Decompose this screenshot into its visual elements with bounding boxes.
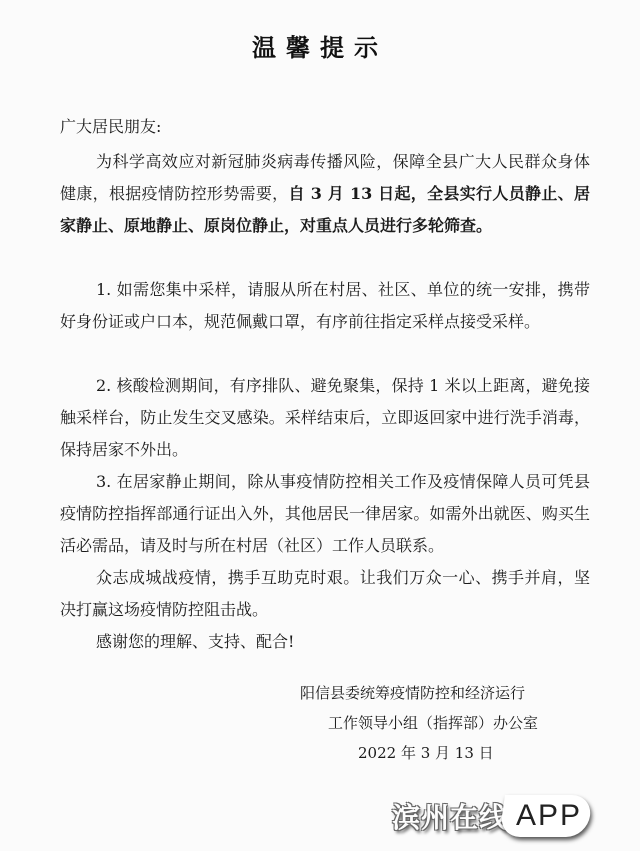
watermark-app-text: APP <box>516 795 582 837</box>
signature-line-2: 工作领导小组（指挥部）办公室 <box>328 712 538 733</box>
thanks-text: 感谢您的理解、支持、配合! <box>60 626 590 658</box>
item-3-paragraph: 3. 在居家静止期间，除从事疫情防控相关工作及疫情保障人员可凭县疫情防控指挥部通… <box>60 466 590 562</box>
greeting: 广大居民朋友: <box>60 114 161 137</box>
signature-line-1: 阳信县委统筹疫情防控和经济运行 <box>300 682 525 703</box>
closing-paragraph: 众志成城战疫情，携手互助克时艰。让我们万众一心、携手并肩，坚决打赢这场疫情防控阻… <box>60 562 590 626</box>
notice-title: 温馨提示 <box>0 28 640 63</box>
watermark-logo: 滨州在线 APP <box>392 793 632 839</box>
item-3-text: 3. 在居家静止期间，除从事疫情防控相关工作及疫情保障人员可凭县疫情防控指挥部通… <box>60 466 590 562</box>
closing-text: 众志成城战疫情，携手互助克时艰。让我们万众一心、携手并肩，坚决打赢这场疫情防控阻… <box>60 562 590 626</box>
watermark-brand: 滨州在线 <box>392 796 508 836</box>
item-1-text: 1. 如需您集中采样，请服从所在村居、社区、单位的统一安排，携带好身份证或户口本… <box>60 274 590 338</box>
item-1-paragraph: 1. 如需您集中采样，请服从所在村居、社区、单位的统一安排，携带好身份证或户口本… <box>60 274 590 338</box>
signature-date: 2022 年 3 月 13 日 <box>358 742 494 763</box>
watermark-app-badge: APP <box>499 795 593 837</box>
intro-paragraph: 为科学高效应对新冠肺炎病毒传播风险，保障全县广大人民群众身体健康，根据疫情防控形… <box>60 146 590 242</box>
thanks-paragraph: 感谢您的理解、支持、配合! <box>60 626 590 658</box>
item-2-paragraph: 2. 核酸检测期间，有序排队、避免聚集，保持 1 米以上距离，避免接触采样台，防… <box>60 370 590 466</box>
item-2-text: 2. 核酸检测期间，有序排队、避免聚集，保持 1 米以上距离，避免接触采样台，防… <box>60 370 590 466</box>
